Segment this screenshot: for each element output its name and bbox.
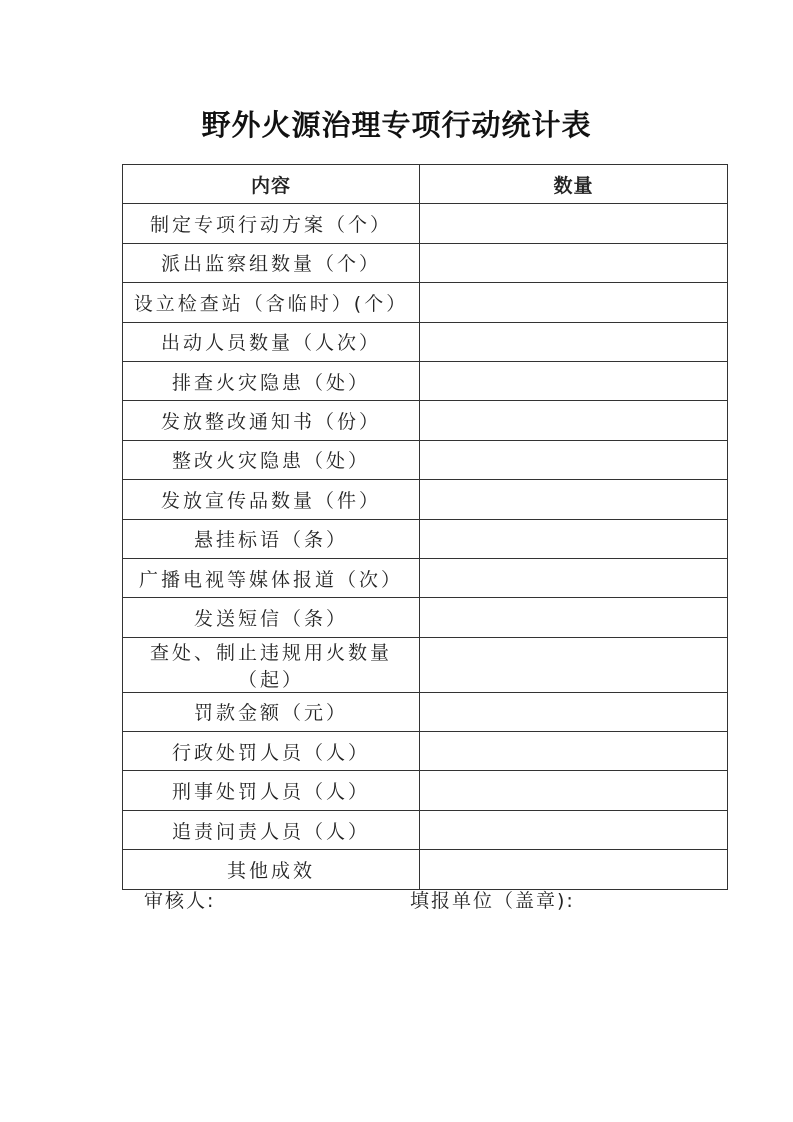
row-label: 出动人员数量（人次） (123, 322, 420, 361)
table-row: 发放宣传品数量（件） (123, 480, 728, 519)
table-row: 查处、制止违规用火数量（起） (123, 637, 728, 692)
row-label: 广播电视等媒体报道（次） (123, 558, 420, 597)
row-label: 行政处罚人员（人） (123, 732, 420, 771)
header-content: 内容 (123, 165, 420, 204)
table-row: 制定专项行动方案（个） (123, 204, 728, 243)
table-row: 行政处罚人员（人） (123, 732, 728, 771)
row-value-cell[interactable] (420, 810, 728, 849)
table-row: 罚款金额（元） (123, 692, 728, 731)
statistics-table: 内容 数量 制定专项行动方案（个）派出监察组数量（个）设立检查站（含临时）(个）… (122, 164, 728, 890)
row-value-cell[interactable] (420, 850, 728, 889)
row-value-cell[interactable] (420, 519, 728, 558)
row-label: 罚款金额（元） (123, 692, 420, 731)
table-row: 其他成效 (123, 850, 728, 889)
row-value-cell[interactable] (420, 440, 728, 479)
row-label: 制定专项行动方案（个） (123, 204, 420, 243)
header-quantity: 数量 (420, 165, 728, 204)
row-value-cell[interactable] (420, 480, 728, 519)
table-row: 排查火灾隐患（处） (123, 361, 728, 400)
table-row: 广播电视等媒体报道（次） (123, 558, 728, 597)
table-row: 整改火灾隐患（处） (123, 440, 728, 479)
row-label: 设立检查站（含临时）(个） (123, 283, 420, 322)
row-value-cell[interactable] (420, 598, 728, 637)
row-label: 发放宣传品数量（件） (123, 480, 420, 519)
row-value-cell[interactable] (420, 243, 728, 282)
table-header-row: 内容 数量 (123, 165, 728, 204)
reporting-unit-label: 填报单位（盖章): (410, 886, 575, 913)
row-value-cell[interactable] (420, 637, 728, 692)
row-label: 刑事处罚人员（人） (123, 771, 420, 810)
row-label: 追责问责人员（人） (123, 810, 420, 849)
row-label: 排查火灾隐患（处） (123, 361, 420, 400)
row-label: 发送短信（条） (123, 598, 420, 637)
row-label: 派出监察组数量（个） (123, 243, 420, 282)
row-value-cell[interactable] (420, 361, 728, 400)
row-label: 其他成效 (123, 850, 420, 889)
row-value-cell[interactable] (420, 692, 728, 731)
page-title: 野外火源治理专项行动统计表 (0, 103, 793, 144)
table-row: 派出监察组数量（个） (123, 243, 728, 282)
row-value-cell[interactable] (420, 283, 728, 322)
table-row: 刑事处罚人员（人） (123, 771, 728, 810)
row-value-cell[interactable] (420, 204, 728, 243)
table-row: 发放整改通知书（份） (123, 401, 728, 440)
table-row: 悬挂标语（条） (123, 519, 728, 558)
row-value-cell[interactable] (420, 322, 728, 361)
row-value-cell[interactable] (420, 401, 728, 440)
table-row: 追责问责人员（人） (123, 810, 728, 849)
row-label: 发放整改通知书（份） (123, 401, 420, 440)
row-label: 悬挂标语（条） (123, 519, 420, 558)
table-row: 设立检查站（含临时）(个） (123, 283, 728, 322)
row-label: 查处、制止违规用火数量（起） (123, 637, 420, 692)
row-value-cell[interactable] (420, 771, 728, 810)
reviewer-label: 审核人: (144, 886, 215, 913)
row-value-cell[interactable] (420, 558, 728, 597)
table-row: 发送短信（条） (123, 598, 728, 637)
row-label: 整改火灾隐患（处） (123, 440, 420, 479)
row-value-cell[interactable] (420, 732, 728, 771)
table-row: 出动人员数量（人次） (123, 322, 728, 361)
